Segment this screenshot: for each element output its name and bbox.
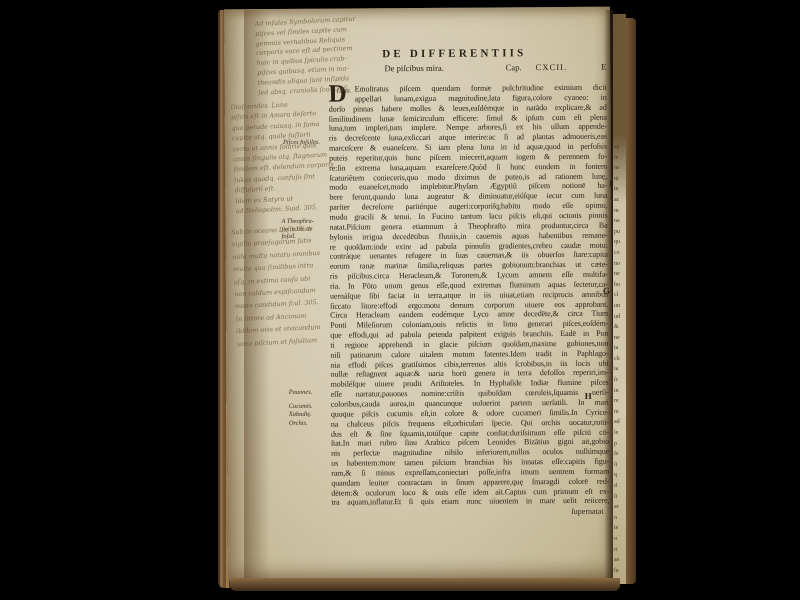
edge-fragment: co [614,248,626,259]
edge-fragment: ſc [614,375,626,386]
edge-fragment: na [614,216,626,227]
edge-fragment: q [614,470,626,481]
photo-of-open-book: DE DIFFERENTIIS De piſcibus mira. Cap. C… [0,0,800,600]
edge-fragment: ſe [614,153,626,164]
text-line: tra aquam,inflatur.Et ſi quis etiam nunc… [331,496,609,508]
margin-note-orchis: Orchis. [289,420,308,428]
edge-fragment: ſu [614,566,626,577]
edge-fragment: ri [614,545,626,556]
edge-fragment: ſt [614,492,626,503]
section-letter-h: H [585,391,592,401]
edge-fragment: n [614,513,626,524]
chapter-number: CXCII. [536,62,568,74]
edge-fragment: ud [614,312,626,323]
edge-fragment: o [614,534,626,545]
fore-edge-pages [626,18,636,584]
catchword: ſupernatat [331,507,609,518]
edge-fragment: ap [614,142,626,153]
edge-fragment: ta [614,184,626,195]
edge-fragment: ni [614,174,626,185]
clipped-text-fragments: apſenenitaacmnapuqucononeboclunud&netach… [614,142,626,584]
edge-fragment: ta [614,364,626,375]
edge-fragment: re [614,396,626,407]
edge-fragment: in [614,386,626,397]
edge-fragment: ar [614,502,626,513]
edge-fragment: pu [614,227,626,238]
edge-fragment: p [614,439,626,450]
edge-fragment: ae [614,555,626,566]
edge-fragment: m [614,407,626,418]
margin-note-cucumis: Cucumis. [289,403,313,411]
gutter-shadow [244,10,270,586]
edge-fragment: le [614,428,626,439]
margin-note-pauones: Pauones. [289,389,313,397]
edge-fragment: bo [614,280,626,291]
edge-fragment: cl [614,290,626,301]
edge-fragment: ad [614,417,626,428]
edge-fragment: un [614,301,626,312]
chapter-word: Cap. [506,62,522,74]
edge-fragment: ne [614,163,626,174]
edge-fragment: ta [614,343,626,354]
edge-fragment: fe [614,449,626,460]
edge-fragment: ne [614,333,626,344]
page-seam-shadow [604,10,613,586]
edge-fragment: qu [614,237,626,248]
chapter-subject: De piſcibus mira. [384,63,444,75]
edge-fragment: d [614,481,626,492]
bottom-page-edges [230,578,620,591]
book-page: DE DIFFERENTIIS De piſcibus mira. Cap. C… [224,7,614,582]
edge-fragment: m [614,206,626,217]
margin-note-xabadie: Xabadię. [289,411,312,419]
next-leaf-edge: apſenenitaacmnapuqucononeboclunud&netach… [613,14,626,584]
edge-fragment: te [614,523,626,534]
edge-fragment: & [614,322,626,333]
edge-fragment: no [614,259,626,270]
edge-fragment: ne [614,269,626,280]
manuscript-note-top: Ad inſulas Symbolorum capiturpiſces vel … [254,14,384,99]
edge-fragment: ſi [614,460,626,471]
edge-fragment: ac [614,195,626,206]
edge-fragment: ch [614,354,626,365]
